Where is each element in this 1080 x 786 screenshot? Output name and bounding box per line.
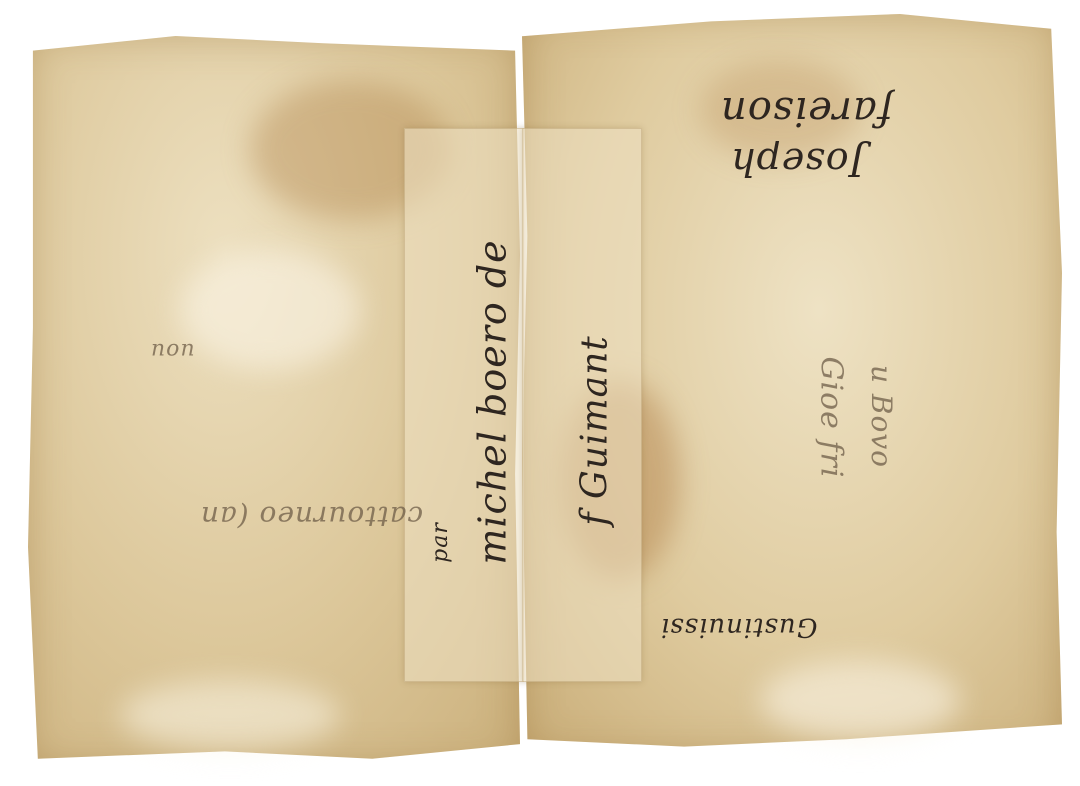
- inscription-left-middle: uou: [150, 338, 195, 363]
- inscription-fareison: fareison: [720, 88, 893, 134]
- inscription-guimant: f Guimant: [575, 335, 616, 525]
- inscription-joseph: Joseph: [730, 140, 865, 184]
- worn-patch: [180, 250, 360, 370]
- inscription-par: par: [428, 522, 453, 563]
- worn-patch: [120, 680, 340, 750]
- worn-patch: [760, 660, 960, 740]
- inscription-michel-boero: michel boero de: [471, 239, 515, 564]
- inscription-left-lower: cattourneo (an: [200, 500, 423, 533]
- inscription-bottom-right: Gustinuissi: [660, 612, 817, 642]
- inscription-right-vertical-2: u Bovo: [865, 365, 898, 468]
- inscription-right-vertical-1: Gioe fri: [813, 357, 848, 479]
